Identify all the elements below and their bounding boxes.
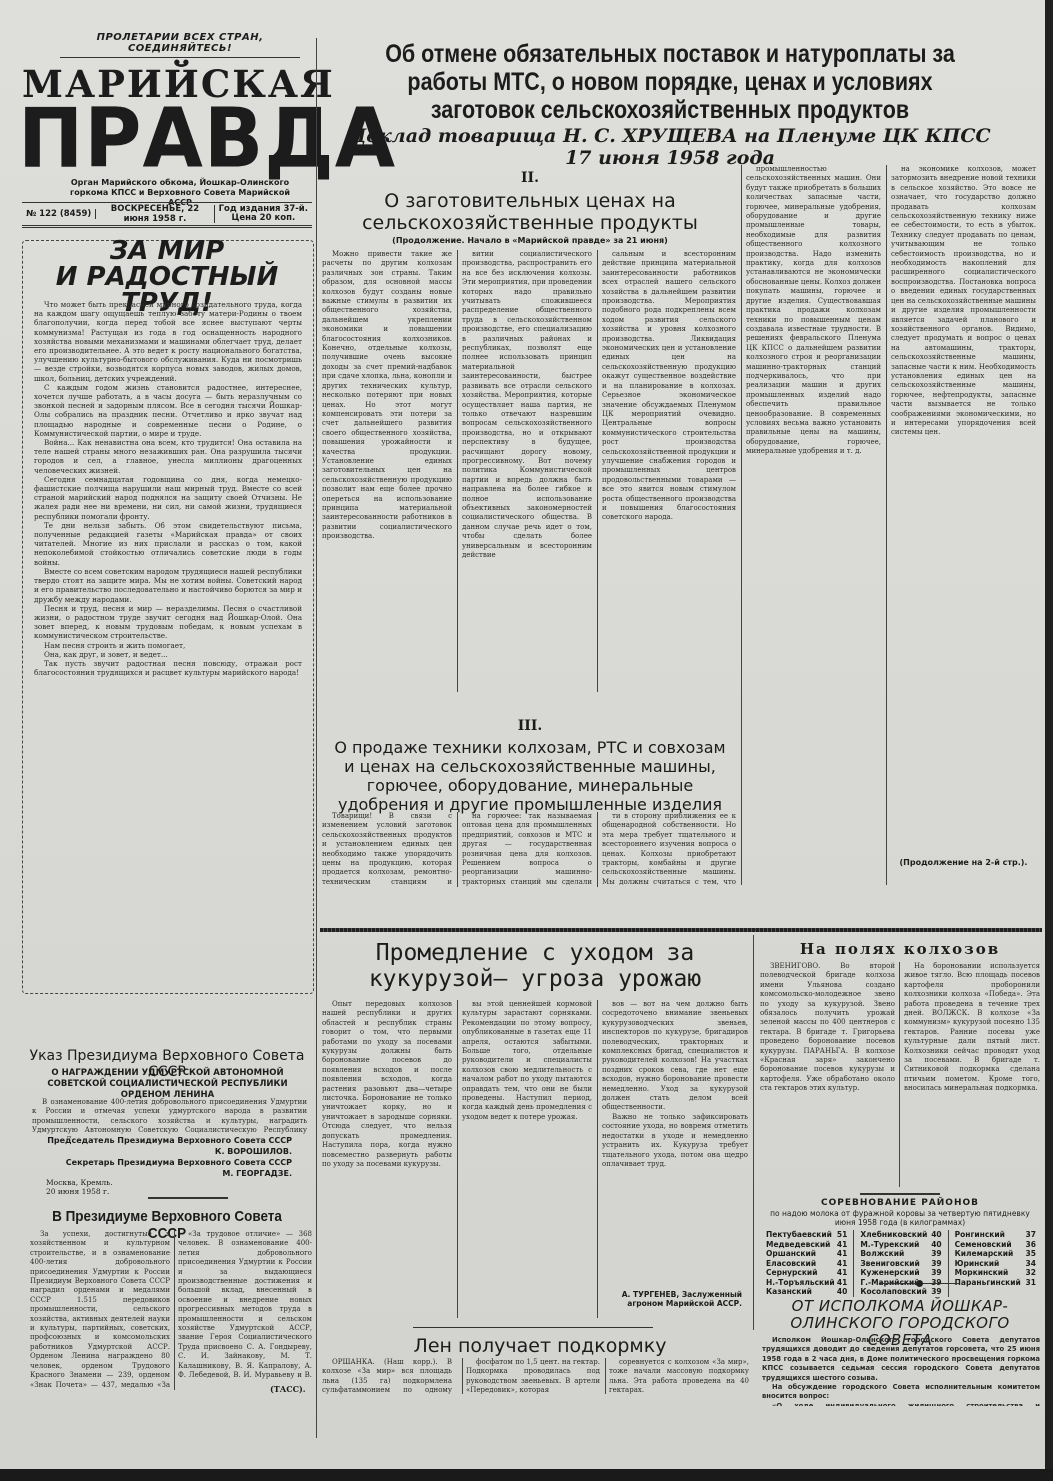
masthead-title-line2: ПРАВДА: [18, 98, 316, 180]
presidium-column-2: «За трудовое отличие» — 368 человек. В о…: [178, 1230, 312, 1380]
presidium-source: (ТАСС).: [270, 1384, 306, 1394]
column-divider: [457, 1000, 458, 1318]
milk-yield-value: 41: [837, 1249, 847, 1259]
chair-name: К. ВОРОШИЛОВ.: [32, 1146, 292, 1157]
column-divider: [753, 935, 754, 1330]
section2-column-3: сальным и всесторонним действие принципа…: [602, 250, 736, 692]
competition-column: Хлебниковский40М.-Турекский40Волжский39З…: [853, 1230, 947, 1297]
milk-yield-value: 39: [931, 1249, 941, 1259]
competition-table: Пектубаевский51Медведевский41Оршанский41…: [760, 1230, 1042, 1297]
divider-rule: [413, 1327, 653, 1328]
competition-row: Параньгинский31: [955, 1278, 1036, 1288]
district-name: Медведевский: [766, 1240, 830, 1250]
column-divider: [174, 1230, 175, 1390]
editorial-paragraph: Вместе со всем советским народом трудящи…: [34, 567, 302, 604]
competition-subheading: по надою молока от фуражной коровы за че…: [760, 1209, 1040, 1227]
district-name: Моркинский: [955, 1268, 1009, 1278]
city-council-body: Исполком Йошкар-Олинского городского Сов…: [762, 1336, 1040, 1406]
section2-column-5: на экономике колхозов, может затормозить…: [891, 165, 1036, 855]
column-divider: [597, 250, 598, 692]
decree-signatures: Председатель Президиума Верховного Совет…: [32, 1135, 292, 1179]
district-name: Килемарский: [955, 1249, 1014, 1259]
editorial-paragraph: Песня и труд, песня и мир — неразделимы.…: [34, 604, 302, 641]
column-divider: [316, 38, 317, 1438]
editorial-paragraph: Так пусть звучит радостная песня повсюду…: [34, 659, 302, 677]
milk-yield-value: 32: [1026, 1268, 1036, 1278]
competition-row: Еласовский41: [766, 1259, 847, 1269]
competition-row: Ронгинский37: [955, 1230, 1036, 1240]
section2-column-4: промышленностью сельскохозяйственных маш…: [746, 165, 881, 880]
main-headline: Об отмене обязательных поставок и натуро…: [378, 40, 963, 124]
milk-yield-value: 51: [837, 1230, 847, 1240]
city-council-paragraph: Исполком Йошкар-Олинского городского Сов…: [762, 1336, 1040, 1383]
competition-row: М.-Турекский40: [860, 1240, 941, 1250]
competition-row: Куженерский39: [860, 1268, 941, 1278]
milk-yield-value: 37: [1026, 1230, 1036, 1240]
column-divider: [605, 1358, 606, 1394]
corn-column-3: вов — вот на чем должно быть сосредоточе…: [602, 1000, 748, 1260]
scan-edge-bottom: [0, 1469, 1053, 1481]
district-name: Пектубаевский: [766, 1230, 832, 1240]
issue-year-price: Год издания 37-й. Цена 20 коп.: [214, 205, 312, 223]
competition-column: Ронгинский37Семеновский36Килемарский35Юр…: [948, 1230, 1042, 1297]
milk-yield-value: 41: [837, 1278, 847, 1288]
fields-column-2: На бороновании используется живое тягло.…: [904, 962, 1040, 1187]
district-name: Казанский: [766, 1287, 812, 1297]
competition-row: Волжский39: [860, 1249, 941, 1259]
column-divider: [597, 1000, 598, 1318]
decree-place-date: Москва, Кремль. 20 июня 1958 г.: [46, 1178, 113, 1196]
corn-author: А. ТУРГЕНЕВ, Заслуженный агроном Марийск…: [612, 1290, 742, 1308]
chair-title: Председатель Президиума Верховного Совет…: [32, 1135, 292, 1146]
slogan: ПРОЛЕТАРИИ ВСЕХ СТРАН, СОЕДИНЯЙТЕСЬ!: [60, 32, 300, 58]
editorial-body: Что может быть прекрасней мирного созида…: [34, 300, 302, 985]
district-name: Косолаповский: [860, 1287, 927, 1297]
section2-number: II.: [320, 170, 740, 186]
competition-row: Сернурский41: [766, 1268, 847, 1278]
competition-row: Н.-Торъяльский41: [766, 1278, 847, 1288]
divider-ornament: [860, 1193, 940, 1195]
flax-column-3: соревнуется с колхозом «За мир», тоже на…: [609, 1358, 749, 1398]
district-name: М.-Турекский: [860, 1240, 919, 1250]
competition-row: Моркинский32: [955, 1268, 1036, 1278]
editorial-title-line1: ЗА МИР: [22, 238, 312, 264]
milk-yield-value: 41: [837, 1259, 847, 1269]
column-divider: [741, 165, 742, 885]
milk-yield-value: 40: [837, 1287, 847, 1297]
section3-column-3: ти в сторону приближения ее к общенародн…: [602, 812, 736, 887]
fields-heading: На полях колхозов: [760, 940, 1040, 958]
section3-column-1: Товарищи! В связи с изменением условий з…: [322, 812, 452, 887]
milk-yield-value: 31: [1026, 1278, 1036, 1288]
section-divider: [320, 928, 1042, 932]
main-subtitle: Доклад товарища Н. С. ХРУЩЕВА на Пленуме…: [330, 125, 1010, 169]
editorial-paragraph: Война... Как ненавистна она всем, кто тр…: [34, 438, 302, 475]
section2-column-2: витии социалистического производства, ра…: [462, 250, 592, 692]
milk-yield-value: 39: [931, 1259, 941, 1269]
ornament-dot: [916, 1280, 923, 1287]
milk-yield-value: 40: [931, 1230, 941, 1240]
section3-title: О продаже техники колхозам, РТС и совхоз…: [330, 738, 730, 814]
competition-row: Килемарский35: [955, 1249, 1036, 1259]
district-name: Куженерский: [860, 1268, 919, 1278]
district-name: Оршанский: [766, 1249, 816, 1259]
editorial-paragraph: Она, как друг, и зовет, и ведет...: [34, 650, 302, 659]
column-divider: [899, 962, 900, 1187]
competition-row: Оршанский41: [766, 1249, 847, 1259]
section3-number: III.: [320, 718, 740, 734]
milk-yield-value: 34: [1026, 1259, 1036, 1269]
competition-column: Пектубаевский51Медведевский41Оршанский41…: [760, 1230, 853, 1297]
milk-yield-value: 41: [837, 1240, 847, 1250]
presidium-column-1: За успехи, достигнутые в хозяйственном и…: [30, 1230, 170, 1390]
decree-subheading: О НАГРАЖДЕНИИ УДМУРТСКОЙ АВТОНОМНОЙ СОВЕ…: [30, 1068, 305, 1101]
main-subtitle-line1: Доклад товарища Н. С. ХРУЩЕВА на Пленуме…: [330, 125, 1010, 147]
competition-heading: СОРЕВНОВАНИЕ РАЙОНОВ: [760, 1198, 1040, 1208]
continued-on-note: (Продолжение на 2-й стр.).: [891, 858, 1036, 867]
column-divider: [886, 165, 887, 885]
milk-yield-value: 40: [931, 1240, 941, 1250]
secretary-title: Секретарь Президиума Верховного Совета С…: [32, 1157, 292, 1168]
section3-column-2: на горючее: так называемая оптовая цена …: [462, 812, 592, 887]
corn-headline: Промедление с уходом за кукурузой— угроз…: [320, 940, 750, 992]
column-divider: [457, 250, 458, 692]
corn-column-2: вы этой ценнейшей кормовой культуры зара…: [462, 1000, 592, 1318]
flax-headline: Лен получает подкормку: [320, 1335, 760, 1357]
decree-place: Москва, Кремль.: [46, 1178, 113, 1187]
dateline: № 122 (8459) ВОСКРЕСЕНЬЕ, 22 июня 1958 г…: [22, 202, 312, 228]
competition-row: Пектубаевский51: [766, 1230, 847, 1240]
decree-body: В ознаменование 400-летия добровольного …: [32, 1098, 307, 1138]
competition-row: Юринский34: [955, 1259, 1036, 1269]
flax-column-2: фосфатом по 1,5 цент. на гектар. Подкорм…: [466, 1358, 600, 1398]
district-name: Н.-Торъяльский: [766, 1278, 835, 1288]
column-divider: [597, 812, 598, 887]
competition-row: Звениговский39: [860, 1259, 941, 1269]
flax-column-1: ОРШАНКА. (Наш корр.). В колхозе «За мир»…: [322, 1358, 452, 1398]
column-divider: [457, 812, 458, 887]
district-name: Еласовский: [766, 1259, 816, 1269]
district-name: Семеновский: [955, 1240, 1012, 1250]
city-council-paragraph: «О ходе индивидуального жилищного строит…: [762, 1402, 1040, 1406]
continuation-note: (Продолжение. Начало в «Марийской правде…: [320, 236, 740, 245]
competition-row: Хлебниковский40: [860, 1230, 941, 1240]
divider-ornament: [148, 1197, 228, 1199]
editorial-paragraph: Те дни нельзя забыть. Об этом свидетельс…: [34, 521, 302, 567]
district-name: Хлебниковский: [860, 1230, 927, 1240]
decree-date: 20 июня 1958 г.: [46, 1187, 113, 1196]
milk-yield-value: 39: [931, 1287, 941, 1297]
district-name: Звениговский: [860, 1259, 919, 1269]
editorial-paragraph: Что может быть прекрасней мирного созида…: [34, 300, 302, 383]
column-divider: [462, 1358, 463, 1394]
milk-yield-value: 41: [837, 1268, 847, 1278]
issue-date: ВОСКРЕСЕНЬЕ, 22 июня 1958 г.: [96, 204, 213, 224]
section2-column-1: Можно привести такие же расчеты по други…: [322, 250, 452, 692]
price: Цена 20 коп.: [231, 213, 295, 223]
milk-yield-value: 39: [931, 1268, 941, 1278]
editorial-paragraph: Сегодня семнадцатая годовщина со дня, ко…: [34, 475, 302, 521]
district-name: Сернурский: [766, 1268, 817, 1278]
scan-edge: [1045, 0, 1053, 1481]
editorial-paragraph: С каждым годом жизнь становится радостне…: [34, 383, 302, 438]
editorial-paragraph: Нам песня строить и жить помогает,: [34, 641, 302, 650]
competition-row: Семеновский36: [955, 1240, 1036, 1250]
milk-yield-value: 35: [1026, 1249, 1036, 1259]
milk-yield-value: 36: [1026, 1240, 1036, 1250]
district-name: Параньгинский: [955, 1278, 1021, 1288]
city-council-paragraph: На обсуждение городского Совета исполнит…: [762, 1383, 1040, 1402]
issue-number: № 122 (8459): [22, 209, 96, 219]
corn-column-1: Опыт передовых колхозов нашей республики…: [322, 1000, 452, 1318]
competition-row: Косолаповский39: [860, 1287, 941, 1297]
district-name: Волжский: [860, 1249, 904, 1259]
competition-row: Казанский40: [766, 1287, 847, 1297]
competition-row: Медведевский41: [766, 1240, 847, 1250]
newspaper-page: ПРОЛЕТАРИИ ВСЕХ СТРАН, СОЕДИНЯЙТЕСЬ! МАР…: [0, 0, 1053, 1481]
section2-title: О заготовительных ценах на сельскохозяйс…: [325, 190, 735, 234]
fields-column-1: ЗВЕНИГОВО. Во второй полеводческой брига…: [760, 962, 895, 1187]
district-name: Юринский: [955, 1259, 1000, 1269]
district-name: Ронгинский: [955, 1230, 1005, 1240]
